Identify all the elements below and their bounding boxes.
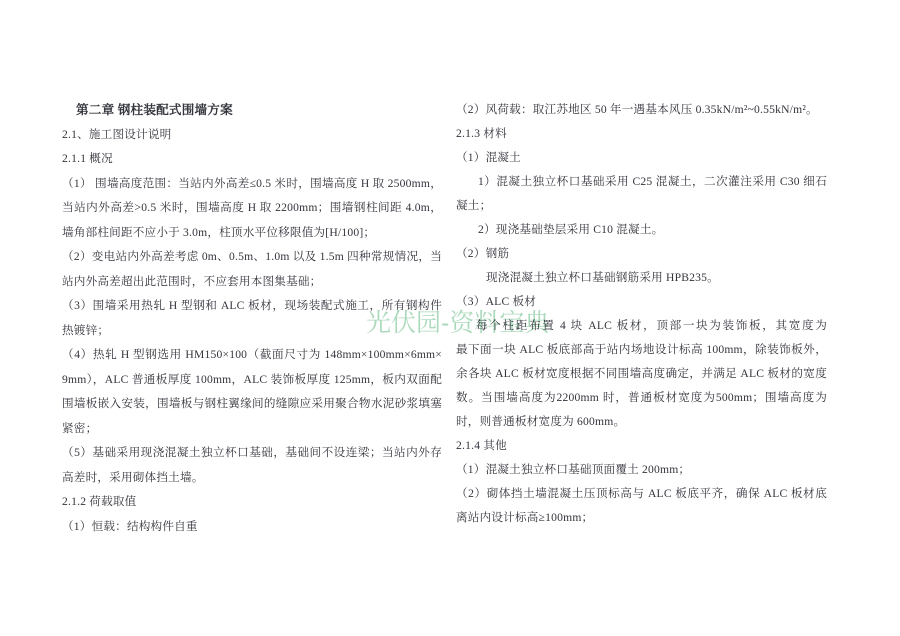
right-text-column: （2）风荷载：取江苏地区 50 年一遇基本风压 0.35kN/m²~0.55kN… — [456, 98, 827, 530]
section-heading: 2.1、施工图设计说明 — [62, 123, 442, 148]
paragraph-line: 站内外高差超出此范围时，不应套用本图集基础； — [62, 270, 442, 295]
paragraph-line: （3）ALC 板材 — [456, 290, 827, 314]
paragraph-line: （2）砌体挡土墙混凝土压顶标高与 ALC 板底平齐，确保 ALC 板材底部距 — [456, 482, 827, 506]
paragraph-line: 现浇混凝土独立杯口基础钢筋采用 HPB235。 — [456, 266, 827, 290]
paragraph-line: （2）风荷载：取江苏地区 50 年一遇基本风压 0.35kN/m²~0.55kN… — [456, 98, 827, 122]
paragraph-line: 9mm），ALC 普通板厚度 100mm，ALC 装饰板厚度 125mm，板内双… — [62, 368, 442, 393]
document-page: 光伏园-资料宝典 第二章 钢柱装配式围墙方案2.1、施工图设计说明2.1.1 概… — [0, 0, 900, 636]
subsection-heading: 2.1.2 荷载取值 — [62, 490, 442, 515]
left-text-column: 第二章 钢柱装配式围墙方案2.1、施工图设计说明2.1.1 概况（1） 围墙高度… — [62, 98, 442, 539]
paragraph-line: 2）现浇基础垫层采用 C10 混凝土。 — [456, 218, 827, 242]
paragraph-line: 1）混凝土独立杯口基础采用 C25 混凝土，二次灌注采用 C30 细石混 — [456, 170, 827, 194]
subsection-heading: 2.1.3 材料 — [456, 122, 827, 146]
paragraph-line: （2）钢筋 — [456, 242, 827, 266]
paragraph-line: （4）热轧 H 型钢选用 HM150×100（截面尺寸为 148mm×100mm… — [62, 343, 442, 368]
paragraph-line: 数。当围墙高度为2200mm 时，普通板材宽度为500mm；围墙高度为2500m… — [456, 386, 827, 410]
paragraph-line: （1）混凝土 — [456, 146, 827, 170]
paragraph-line: 紧密； — [62, 417, 442, 442]
paragraph-line: 余各块 ALC 板材宽度根据不同围墙高度确定，并满足 ALC 板材的宽度模 — [456, 362, 827, 386]
paragraph-line: （5）基础采用现浇混凝土独立杯口基础，基础间不设连梁；当站内外存有 — [62, 441, 442, 466]
paragraph-line: 凝土； — [456, 194, 827, 218]
paragraph-line: 围墙板嵌入安装，围墙板与钢柱翼缘间的缝隙应采用聚合物水泥砂浆填塞 — [62, 392, 442, 417]
paragraph-line: （1）混凝土独立杯口基础顶面覆土 200mm； — [456, 458, 827, 482]
paragraph-line: 高差时，采用砌体挡土墙。 — [62, 466, 442, 491]
paragraph-line: 时，则普通板材宽度为 600mm。 — [456, 410, 827, 434]
paragraph-line: （1）恒载：结构构件自重 — [62, 515, 442, 540]
paragraph-line: 墙角部柱间距不应小于 3.0m，柱顶水平位移限值为[H/100]； — [62, 221, 442, 246]
paragraph-line: 当站内外高差>0.5 米时，围墙高度 H 取 2200mm；围墙钢柱间距 4.0… — [62, 196, 442, 221]
chapter-title: 第二章 钢柱装配式围墙方案 — [62, 98, 442, 123]
paragraph-line: （1） 围墙高度范围：当站内外高差≤0.5 米时，围墙高度 H 取 2500mm… — [62, 172, 442, 197]
paragraph-line: 最下面一块 ALC 板底部高于站内场地设计标高 100mm，除装饰板外，其 — [456, 338, 827, 362]
subsection-heading: 2.1.4 其他 — [456, 434, 827, 458]
subsection-heading: 2.1.1 概况 — [62, 147, 442, 172]
paragraph-line: 热镀锌； — [62, 319, 442, 344]
paragraph-line: 每个柱距布置 4 块 ALC 板材，顶部一块为装饰板，其宽度为 600mm， — [456, 314, 827, 338]
paragraph-line: （2）变电站内外高差考虑 0m、0.5m、1.0m 以及 1.5m 四种常规情况… — [62, 245, 442, 270]
paragraph-line: （3）围墙采用热轧 H 型钢和 ALC 板材，现场装配式施工，所有钢构件需 — [62, 294, 442, 319]
paragraph-line: 离站内设计标高≥100mm； — [456, 506, 827, 530]
